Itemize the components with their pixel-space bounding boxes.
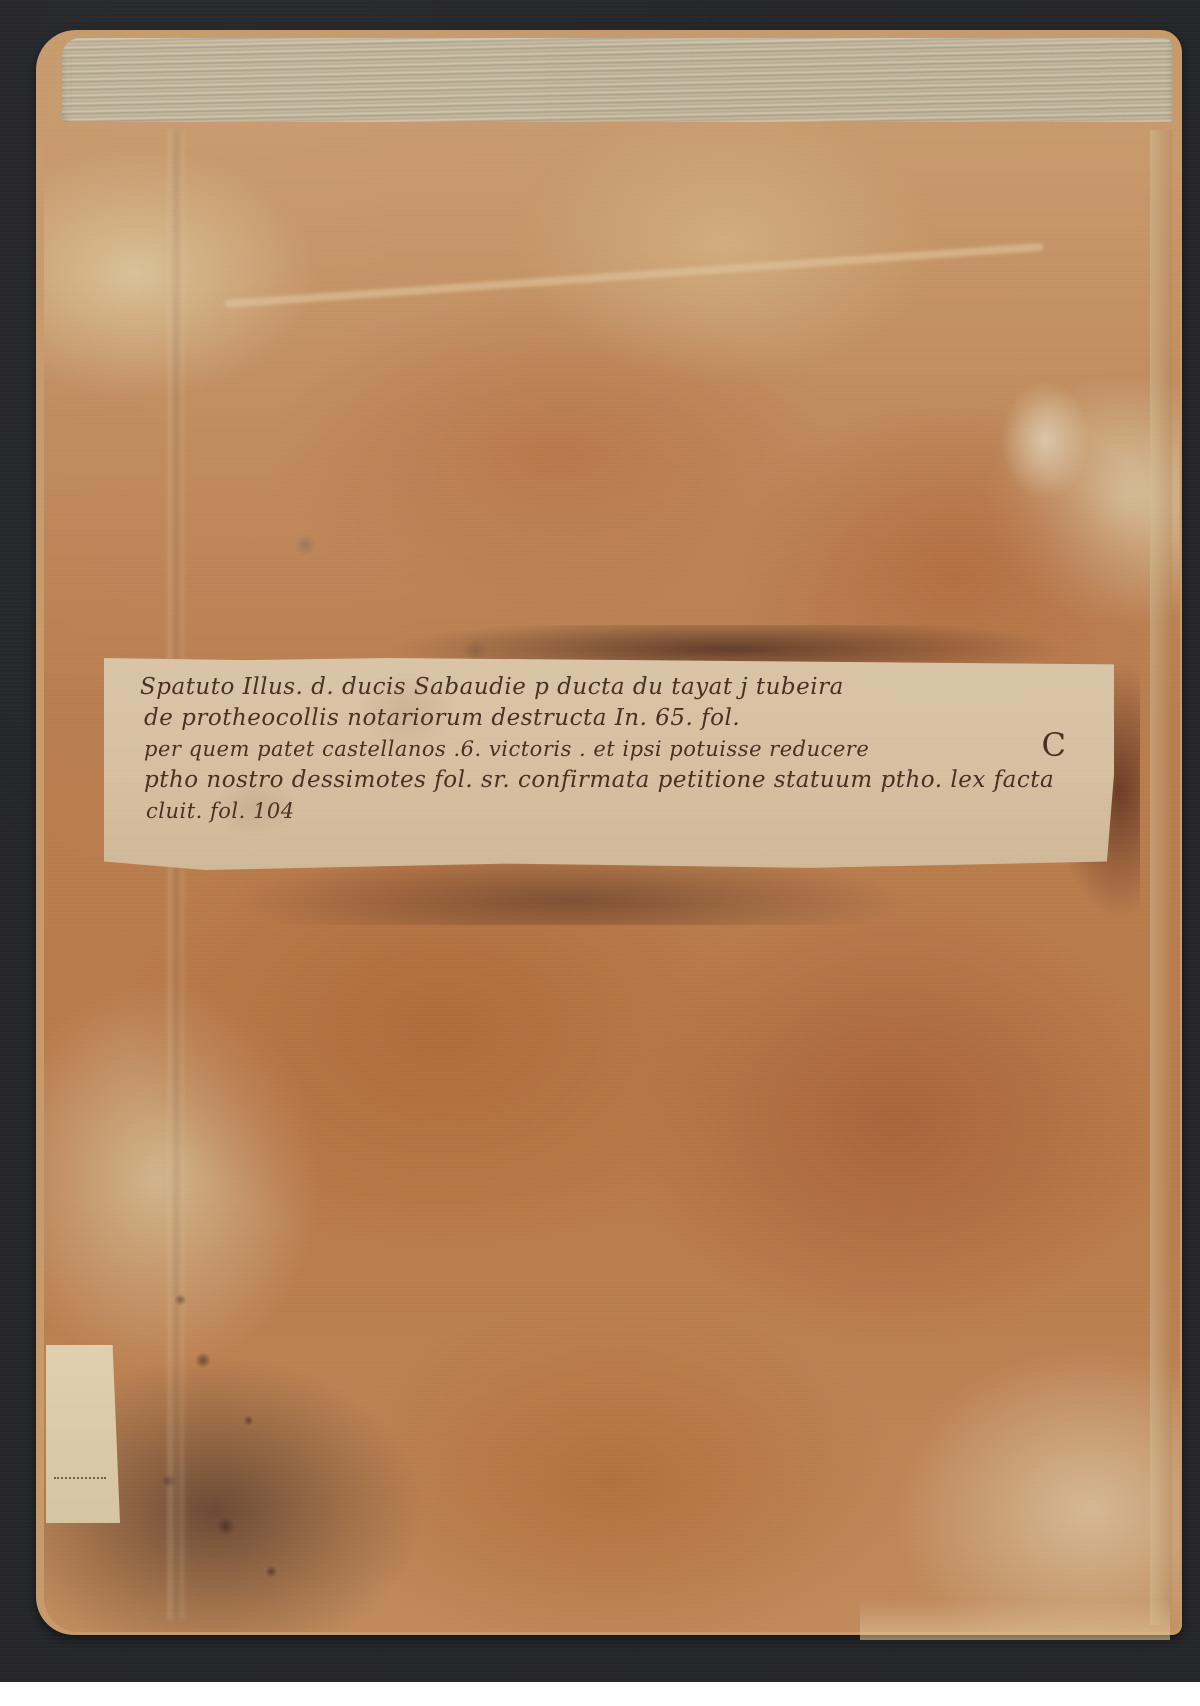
label-line: Spatuto Illus. d. ducis Sabaudie p ducta…	[140, 672, 1074, 703]
worn-patch	[1000, 380, 1090, 500]
fore-edge-flap	[1150, 130, 1172, 1625]
label-line: per quem patet castellanos .6. victoris …	[144, 734, 1074, 765]
dotted-line	[54, 1477, 106, 1479]
page-block-top-edge	[62, 38, 1172, 130]
title-label: Spatuto Illus. d. ducis Sabaudie p ducta…	[104, 658, 1114, 870]
worn-corner	[860, 1600, 1170, 1640]
label-line: ptho nostro dessimotes fol. sr. confirma…	[144, 765, 1074, 796]
spine-label	[46, 1345, 120, 1523]
label-line: cluit. fol. 104	[146, 796, 1074, 827]
label-text: Spatuto Illus. d. ducis Sabaudie p ducta…	[140, 672, 1074, 827]
photo-background: Spatuto Illus. d. ducis Sabaudie p ducta…	[0, 0, 1200, 1682]
shelf-mark: C	[1042, 726, 1066, 764]
label-line: de protheocollis notariorum destructa In…	[144, 703, 1074, 734]
